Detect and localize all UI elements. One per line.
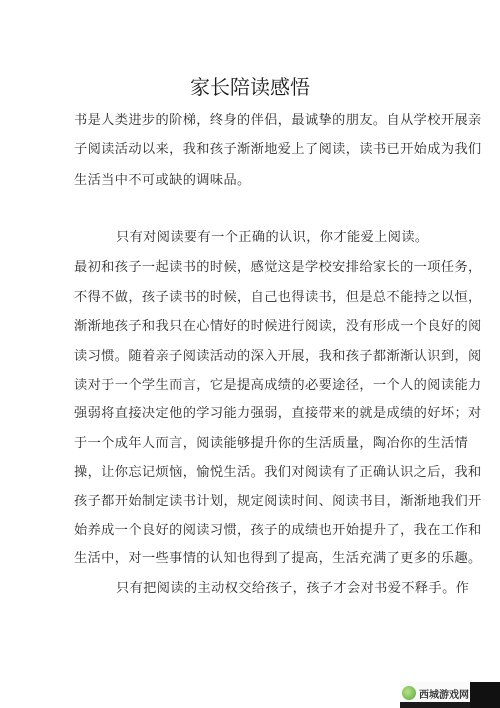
paragraph-line: 最初和孩子一起读书的时候，感觉这是学校安排给家长的一项任务，	[74, 259, 434, 277]
paragraph-line: 操，让你忘记烦恼，愉悦生活。我们对阅读有了正确认识之后，我和	[74, 464, 434, 482]
paragraph-line: 渐渐地孩子和我只在心情好的时候进行阅读，没有形成一个良好的阅	[74, 318, 434, 336]
paragraph-line: 读对于一个学生而言，它是提高成绩的必要途径，一个人的阅读能力	[74, 377, 434, 395]
paragraph-line: 不得不做，孩子读书的时候，自己也得读书，但是总不能持之以恒，	[74, 289, 434, 307]
section-heading-line: 只有把阅读的主动权交给孩子，孩子才会对书爱不释手。作	[116, 580, 476, 598]
paragraph-line: 孩子都开始制定读书计划，规定阅读时间、阅读书目，渐渐地我们开	[74, 493, 434, 511]
paragraph-line: 子阅读活动以来，我和孩子渐渐地爱上了阅读，读书已开始成为我们	[74, 141, 434, 159]
paragraph-line: 读习惯。随着亲子阅读活动的深入开展，我和孩子都渐渐认识到，阅	[74, 348, 434, 366]
paragraph-line: 于一个成年人而言，阅读能够提升你的生活质量，陶冶你的生活情	[74, 435, 434, 453]
paragraph-line: 生活当中不可或缺的调味品。	[74, 172, 434, 190]
leaf-logo-icon	[402, 686, 416, 700]
watermark-dark-block	[470, 682, 500, 708]
paragraph-line: 始养成一个良好的阅读习惯，孩子的成绩也开始提升了，我在工作和	[74, 522, 434, 540]
paragraph-line: 强弱将直接决定他的学习能力强弱，直接带来的就是成绩的好坏；对	[74, 405, 434, 423]
watermark-box: 西城游戏网	[400, 682, 470, 704]
document-title: 家长陪读感悟	[0, 74, 500, 100]
section-heading-line: 只有对阅读要有一个正确的认识，你才能爱上阅读。	[116, 229, 476, 247]
watermark: 西城游戏网	[398, 678, 500, 708]
watermark-bar	[400, 702, 470, 708]
paragraph-line: 书是人类进步的阶梯，终身的伴侣，最诚挚的朋友。自从学校开展亲	[74, 112, 434, 130]
paragraph-line: 生活中，对一些事情的认知也得到了提高，生活充满了更多的乐趣。	[74, 550, 434, 568]
watermark-text: 西城游戏网	[419, 686, 469, 701]
